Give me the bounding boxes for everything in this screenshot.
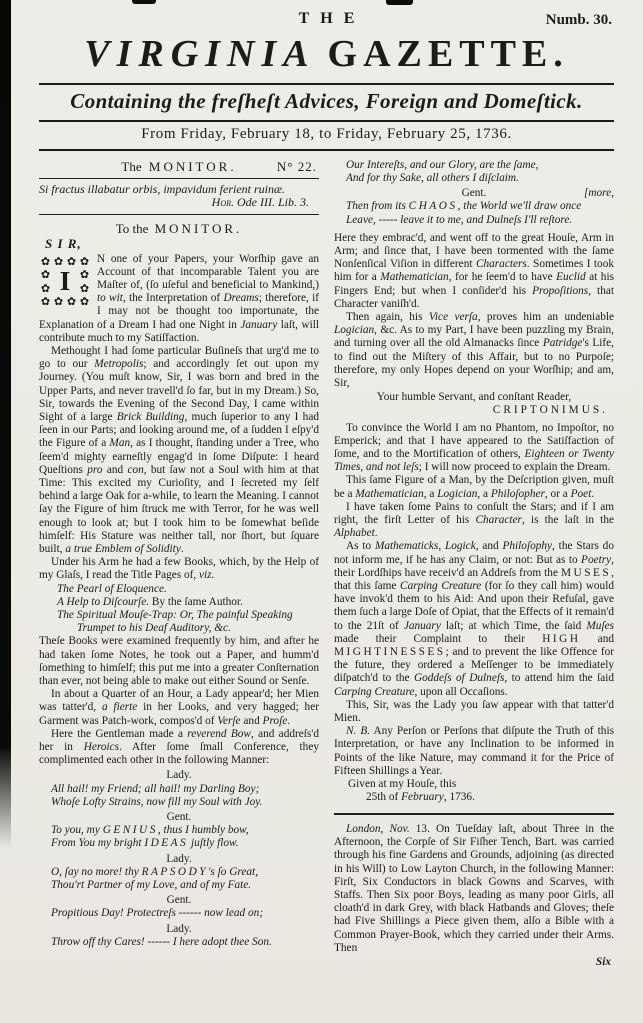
- verse-line: All hail! my Friend; all hail! my Darlin…: [51, 783, 319, 796]
- paragraph: As to Mathematicks, Logick, and Philoſop…: [334, 540, 614, 698]
- dateline: From Friday, February 18, to Friday, Feb…: [39, 126, 614, 143]
- verse-line: And for thy Sake, all others I diſclaim.: [346, 172, 614, 185]
- monitor-heading: The MONITOR. N° 22.: [39, 159, 319, 174]
- masthead-the: THE: [288, 10, 366, 28]
- salutation-to-the: To the: [116, 221, 149, 236]
- printer-ornament-icon: ✿: [65, 295, 78, 309]
- virginia-gazette-page: THE Numb. 30. VIRGINIAGAZETTE. Containin…: [0, 0, 643, 1023]
- verse-couplet: To you, my GENIUS, thus I humbly bow, Fr…: [51, 824, 319, 850]
- monitor-number: N° 22.: [277, 159, 317, 174]
- verse-line: Thou'rt Partner of my Love, and of my Fa…: [51, 879, 319, 892]
- section-rule: [334, 813, 614, 815]
- printer-ornament-icon: ✿: [39, 295, 52, 309]
- verse-line: From You my bright IDEAS juſtly flow.: [51, 837, 319, 850]
- turnover-catchword: [more,: [584, 187, 614, 200]
- paragraph: ✿ ✿ ✿ ✿ ✿ I ✿ ✿ ✿ ✿ ✿ ✿ ✿ N one of your …: [39, 253, 319, 345]
- page-catchword: Six: [334, 956, 614, 969]
- horizontal-rule: [39, 149, 614, 151]
- verse-speaker-label: Lady.: [39, 923, 319, 936]
- verse-speaker-label: Gent.: [39, 811, 319, 824]
- paragraph: I have taken ſome Pains to conſult the S…: [334, 501, 614, 541]
- newspaper-title: VIRGINIAGAZETTE.: [39, 33, 614, 77]
- printer-ornament-icon: ✿: [78, 268, 91, 282]
- title-gazette: GAZETTE.: [328, 33, 569, 75]
- paragraph: Here they embrac'd, and went off to the …: [334, 232, 614, 311]
- verse-speaker-label: Gent.: [39, 894, 319, 907]
- verse-line: Throw off thy Cares! ------ I here adopt…: [51, 936, 319, 949]
- printer-ornament-icon: ✿: [78, 295, 91, 309]
- dateline-given: Given at my Houſe, this: [348, 778, 614, 791]
- monitor-heading-the: The: [121, 159, 141, 174]
- letter-salutation-heading: To the MONITOR.: [39, 222, 319, 235]
- verse-speaker-label: Lady.: [39, 769, 319, 782]
- column-rule: [39, 178, 319, 180]
- paragraph: Under his Arm he had a few Books, which,…: [39, 556, 319, 582]
- paragraph: This, Sir, was the Lady you ſaw appear w…: [334, 699, 614, 725]
- verse-couplet: Propitious Day! Protectreſs ------ now l…: [51, 907, 319, 920]
- printer-ornament-icon: ✿: [78, 255, 91, 269]
- issue-number: Numb. 30.: [546, 12, 612, 29]
- book-title: The Pearl of Eloquence.: [57, 583, 319, 596]
- verse-speaker-label-row: Gent. [more,: [334, 187, 614, 200]
- paragraph: N. B. Any Perſon or Perſons that diſpute…: [334, 725, 614, 778]
- verse-couplet: O, ſay no more! thy RAPSODY's ſo Great, …: [51, 866, 319, 892]
- body-columns: The MONITOR. N° 22. Si fractus illabatur…: [39, 155, 614, 969]
- left-column: The MONITOR. N° 22. Si fractus illabatur…: [39, 155, 319, 969]
- verse-couplet: Then from its CHAOS, the World we'll dra…: [346, 200, 614, 226]
- column-rule: [39, 214, 319, 216]
- horizontal-rule: [39, 120, 614, 122]
- printer-ornament-icon: ✿: [39, 282, 52, 296]
- verse-couplet: All hail! my Friend; all hail! my Darlin…: [51, 783, 319, 809]
- paragraph: To convince the World I am no Phantom, n…: [334, 422, 614, 475]
- signature-line: Your humble Servant, and conſtant Reader…: [334, 391, 614, 404]
- monitor-heading-word: MONITOR.: [149, 159, 237, 174]
- factotum-initial: ✿ ✿ ✿ ✿ ✿ I ✿ ✿ ✿ ✿ ✿ ✿ ✿: [39, 255, 91, 309]
- printer-ornament-icon: ✿: [39, 255, 52, 269]
- scan-smudge: [386, 0, 413, 5]
- verse-line: Leave, ----- leave it to me, and Dulneſs…: [346, 214, 614, 227]
- paragraph: Theſe Books were examined frequently by …: [39, 635, 319, 688]
- verse-line: Our Intereſts, and our Glory, are the ſa…: [346, 159, 614, 172]
- verse-line: Then from its CHAOS, the World we'll dra…: [346, 200, 614, 213]
- right-column: Our Intereſts, and our Glory, are the ſa…: [334, 155, 614, 969]
- verse-couplet: Our Intereſts, and our Glory, are the ſa…: [346, 159, 614, 185]
- verse-speaker-label: Gent.: [462, 187, 487, 199]
- masthead: THE Numb. 30. VIRGINIAGAZETTE. Containin…: [39, 10, 614, 151]
- signature-name: CRIPTONIMUS.: [334, 404, 614, 417]
- verse-speaker-label: Lady.: [39, 853, 319, 866]
- page-content: THE Numb. 30. VIRGINIAGAZETTE. Containin…: [39, 10, 614, 969]
- verse-line: Whoſe Lofty Strains, now fill my Soul wi…: [51, 796, 319, 809]
- verse-line: Propitious Day! Protectreſs ------ now l…: [51, 907, 319, 920]
- printer-ornament-icon: ✿: [78, 282, 91, 296]
- printer-ornament-icon: ✿: [39, 268, 52, 282]
- printer-ornament-icon: ✿: [52, 295, 65, 309]
- paragraph: London, Nov. 13. On Tueſday laſt, about …: [334, 823, 614, 955]
- scan-smudge: [132, 0, 156, 4]
- drop-cap-letter: I: [52, 268, 78, 295]
- paragraph: In about a Quarter of an Hour, a Lady ap…: [39, 688, 319, 728]
- paragraph: This ſame Figure of a Man, by the Deſcri…: [334, 474, 614, 500]
- paragraph: Here the Gentleman made a reverend Bow, …: [39, 728, 319, 768]
- verse-couplet: Throw off thy Cares! ------ I here adopt…: [51, 936, 319, 949]
- subtitle-banner: Containing the freſheſt Advices, Foreign…: [39, 89, 614, 114]
- verse-line: To you, my GENIUS, thus I humbly bow,: [51, 824, 319, 837]
- masthead-top-row: THE Numb. 30.: [39, 10, 614, 32]
- salutation-word: MONITOR.: [155, 221, 243, 236]
- horizontal-rule: [39, 83, 614, 85]
- book-title: The Spiritual Mouſe-Trap: Or, The painfu…: [57, 609, 319, 635]
- salutation-sir: S I R,: [45, 237, 319, 250]
- verse-line: O, ſay no more! thy RAPSODY's ſo Great,: [51, 866, 319, 879]
- title-virginia: VIRGINIA: [84, 33, 315, 75]
- scan-edge-artifact: [0, 0, 11, 848]
- paragraph: Methought I had ſome particular Buſineſs…: [39, 345, 319, 556]
- motto-attribution: Hor. Ode III. Lib. 3.: [39, 196, 319, 209]
- book-title: A Help to Diſcourſe. By the ſame Author.: [57, 596, 319, 609]
- dateline-given-date: 25th of February, 1736.: [366, 791, 614, 804]
- paragraph: Then again, his Vice verſa, proves him a…: [334, 311, 614, 390]
